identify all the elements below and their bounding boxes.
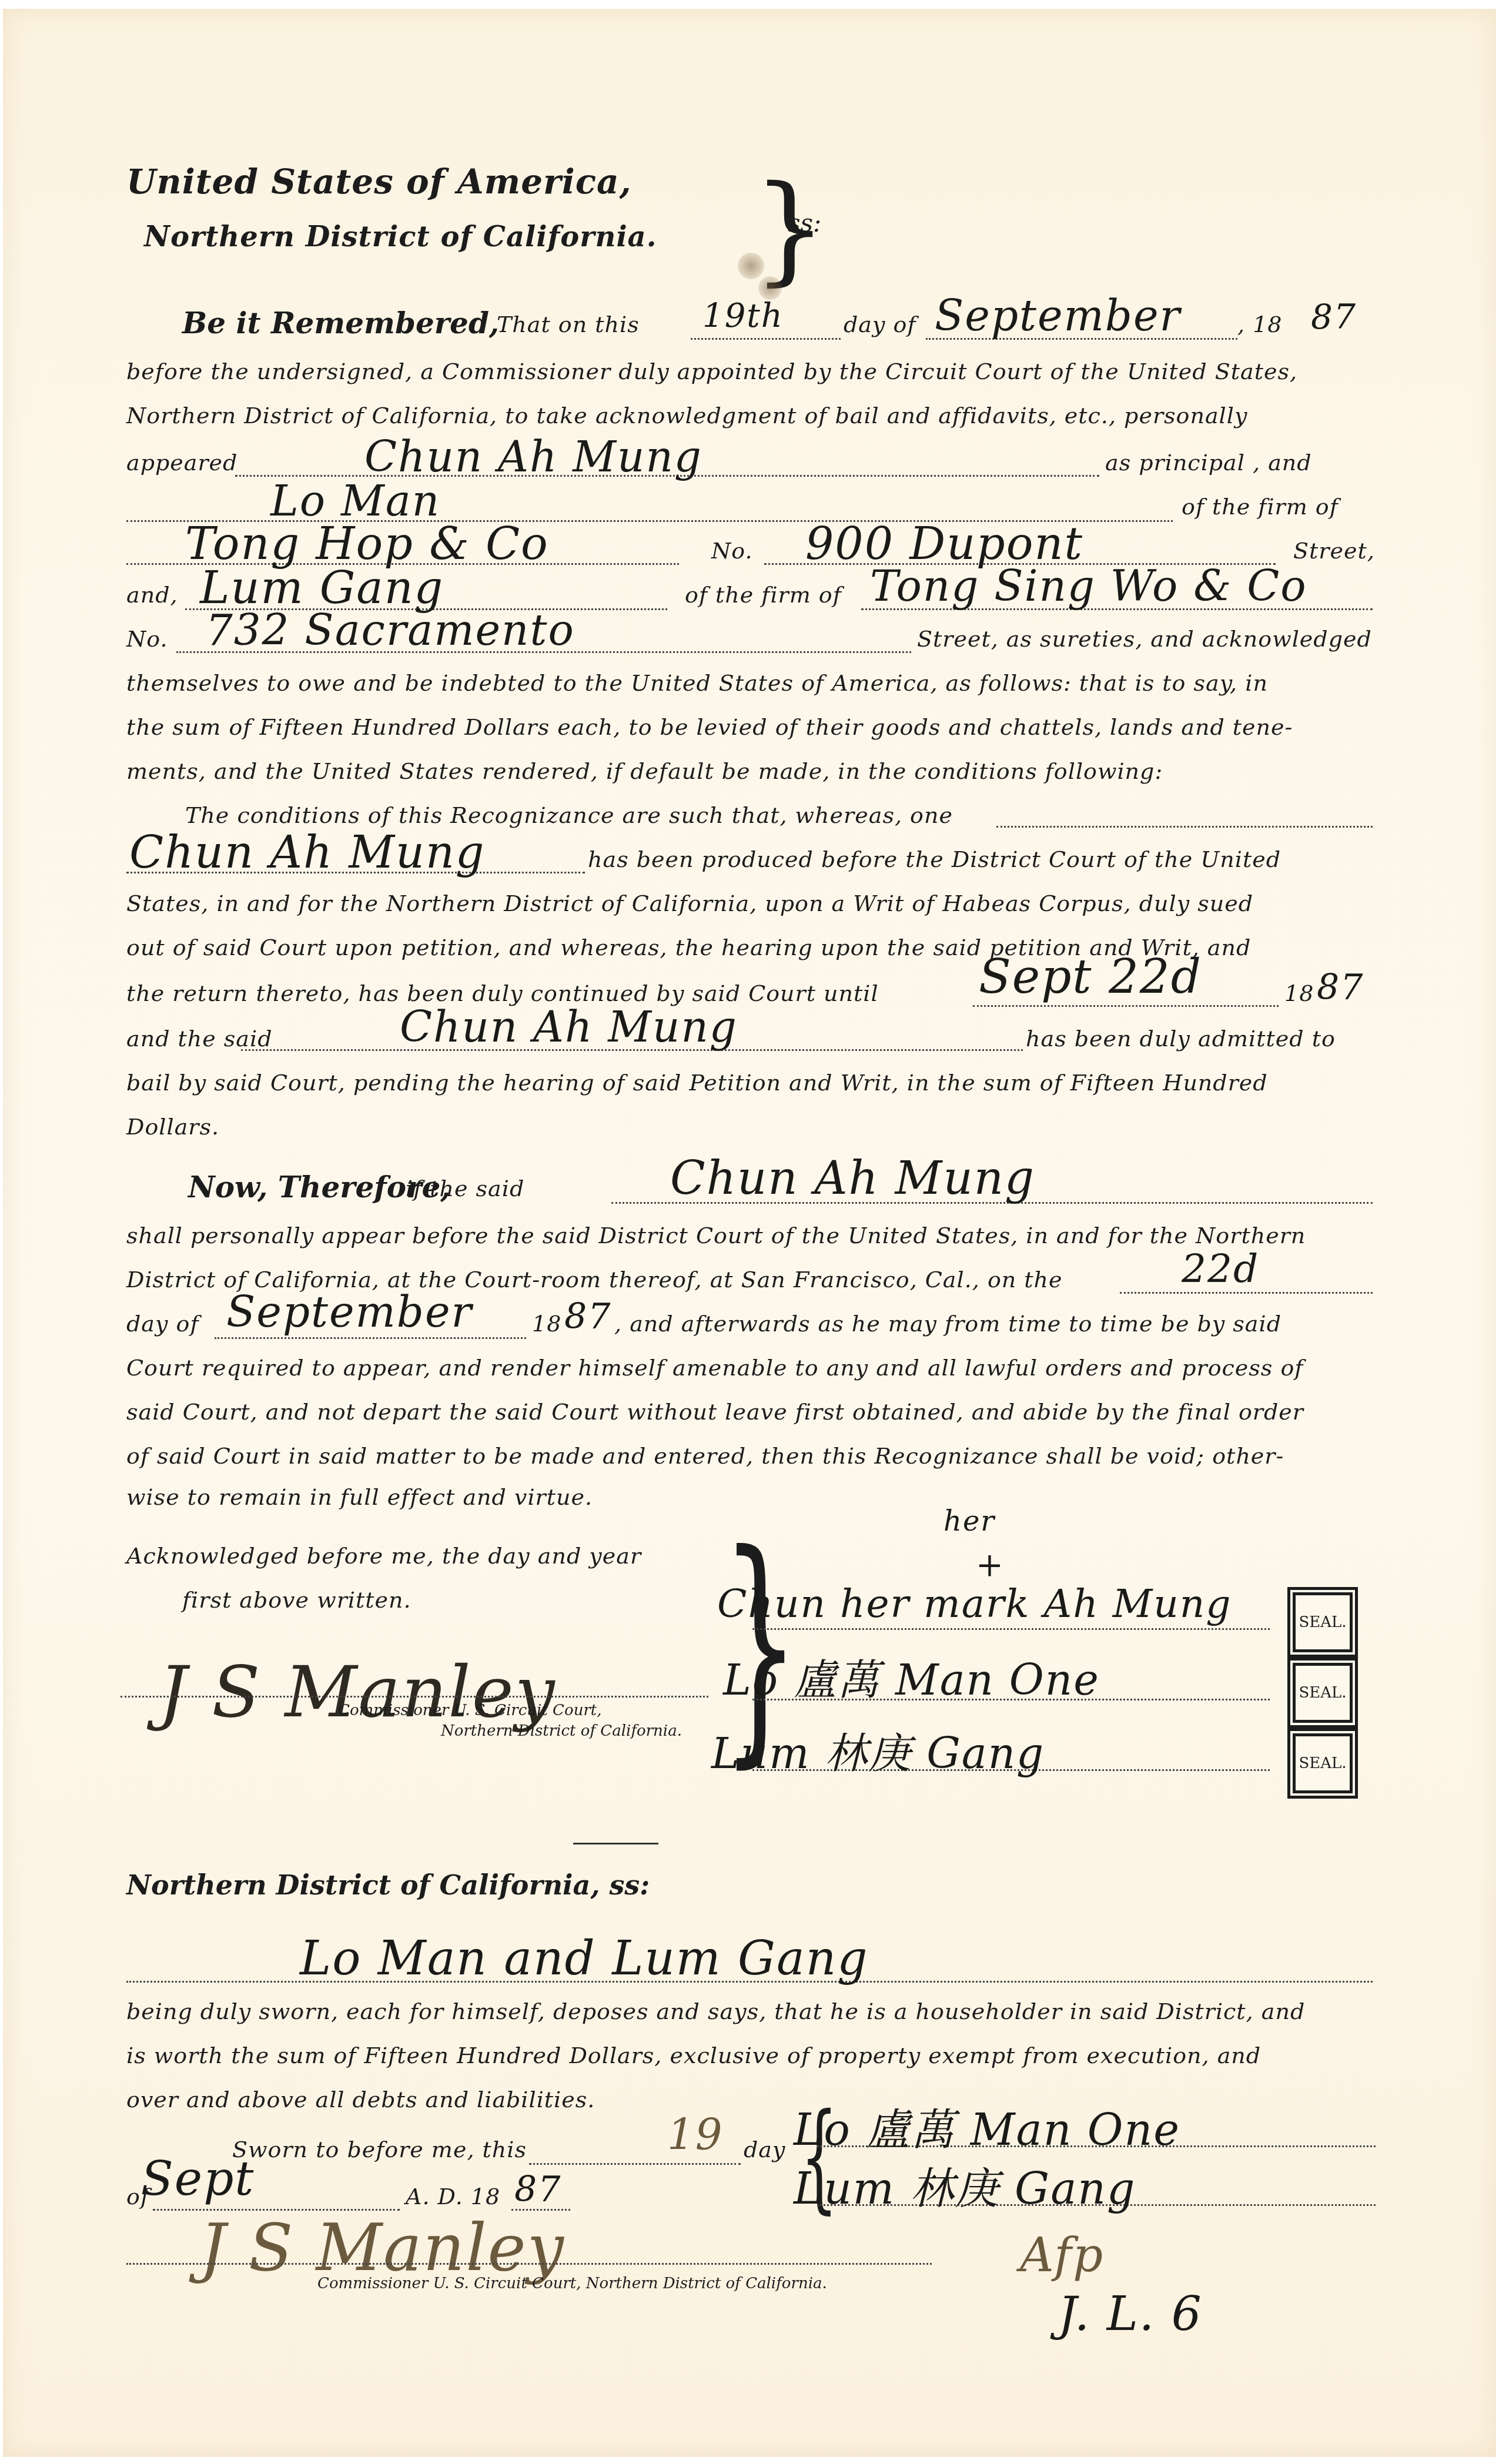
recognizance-line8: themselves to owe and be indebted to the… [126,670,1268,696]
conditions-line7: bail by said Court, pending the hearing … [126,1070,1268,1096]
day-of-label: day of [844,312,916,337]
sworn-lead: Sworn to before me, this [232,2137,527,2162]
continued-year-field[interactable]: 87 [1317,967,1364,1008]
appeared-label: appeared [126,450,237,476]
seal-box-3: SEAL. [1287,1728,1358,1799]
therefore-if-the-said: if the said [406,1176,524,1201]
conditions-line1: The conditions of this Recognizance are … [185,802,953,828]
sworn-ad-label: A. D. 18 [406,2184,500,2209]
sworn-day-line [529,2163,741,2165]
therefore-line5: Court required to appear, and render him… [126,1355,1303,1381]
notation-line1: Afp [1020,2228,1104,2282]
therefore-line8: wise to remain in full effect and virtue… [126,1484,593,1510]
therefore-line4-tail: , and afterwards as he may from time to … [614,1311,1281,1337]
appear-month-line [215,1337,526,1339]
header-line2: Northern District of California. [144,220,657,253]
conditions-line6-tail: has been duly admitted to [1026,1026,1336,1052]
affidavit-commissioner-title: Commissioner U. S. Circuit Court, Northe… [317,2275,827,2292]
day-field-line [691,338,841,340]
appear-month-field[interactable]: September [226,1287,473,1337]
affidavit-heading: Northern District of California, ss: [126,1869,650,1901]
no-label: No. [711,538,753,564]
affidavit-commissioner-line [126,2263,932,2265]
sureties-tail: Street, as sureties, and acknowledged [917,626,1372,652]
seal-box-2: SEAL. [1287,1658,1358,1728]
intro-that: That on this [497,312,640,337]
surety2-address-field[interactable]: 732 Sacramento [206,605,575,655]
recognizance-line10: ments, and the United States rendered, i… [126,758,1163,784]
sworn-month-field[interactable]: Sept [141,2151,255,2206]
recognizance-line2: before the undersigned, a Commissioner d… [126,359,1297,384]
acknowledgment-line2: first above written. [182,1587,411,1613]
seal-label: SEAL. [1299,1684,1346,1702]
seal-box-1: SEAL. [1287,1587,1358,1658]
year-field[interactable]: 87 [1311,297,1357,337]
her-annotation: her [943,1505,995,1538]
seal-label: SEAL. [1299,1613,1346,1631]
surety2-firm-field[interactable]: Tong Sing Wo & Co [870,561,1307,611]
conditions-line1-dots [996,826,1373,828]
continued-date-line [973,1005,1279,1007]
conditions-name1-field[interactable]: Chun Ah Mung [129,826,486,878]
and-label: and, [126,582,178,608]
commissioner-title2: Northern District of California. [441,1722,682,1740]
therefore-name-field[interactable]: Chun Ah Mung [670,1152,1035,1205]
therefore-line6: said Court, and not depart the said Cour… [126,1399,1304,1425]
signature-line-1 [752,1628,1270,1630]
continued-date-field[interactable]: Sept 22d [979,949,1202,1004]
conditions-line8: Dollars. [126,1114,219,1140]
as-principal-label: as principal , and [1105,450,1312,476]
section-divider [573,1843,658,1844]
surety2-no-label: No. [126,626,168,652]
header-line1: United States of America, [126,162,632,202]
signature-chun-ah-mung[interactable]: Chun her mark Ah Mung [717,1581,1232,1626]
affidavit-commissioner-signature[interactable]: J S Manley [200,2210,565,2285]
therefore-line7: of said Court in said matter to be made … [126,1443,1284,1469]
appear-year-field[interactable]: 87 [564,1296,611,1337]
recognizance-line9: the sum of Fifteen Hundred Dollars each,… [126,714,1293,740]
conditions-name2-field[interactable]: Chun Ah Mung [400,1002,738,1052]
appear-year-prefix: 18 [532,1311,561,1337]
deponents-field[interactable]: Lo Man and Lum Gang [300,1931,868,1986]
mark-cross: + [976,1546,1005,1584]
therefore-line2: shall personally appear before the said … [126,1223,1306,1248]
affidavit-line1: being duly sworn, each for himself, depo… [126,1998,1305,2024]
affidavit-signature-lum-gang[interactable]: Lum 林庚 Gang [794,2154,1136,2217]
principal-name-field[interactable]: Chun Ah Mung [364,432,702,481]
intro-lead: Be it Remembered, [182,306,499,340]
conditions-line3: States, in and for the Northern District… [126,890,1253,916]
notation-line2: J. L. 6 [1058,2286,1203,2341]
commissioner-title1: Commissioner U. S. Circuit Court, [338,1702,602,1719]
commissioner-signature-line [121,1696,708,1698]
month-field[interactable]: September [935,291,1181,340]
sworn-day-field[interactable]: 19 [667,2110,724,2160]
signature-lum-gang[interactable]: Lum 林庚 Gang [711,1719,1045,1780]
signature-lo-man[interactable]: Lo 盧萬 Man One [723,1646,1100,1707]
appear-day-field[interactable]: 22d [1182,1246,1259,1291]
year-prefix: , 18 [1237,312,1283,337]
conditions-line2-tail: has been produced before the District Co… [588,846,1281,872]
street-label: Street, [1293,538,1375,564]
acknowledgment-line1: Acknowledged before me, the day and year [126,1543,641,1569]
day-field[interactable]: 19th [702,297,784,335]
surety2-firm-label: of the firm of [685,582,842,608]
sworn-day-label: day [744,2137,785,2162]
conditions-line6-lead: and the said [126,1026,272,1052]
therefore-day-of: day of [126,1311,199,1337]
header-ss: ss: [788,209,821,237]
continued-year-prefix: 18 [1284,980,1314,1006]
affidavit-signature-lo-man[interactable]: Lo 盧萬 Man One [794,2095,1180,2158]
affidavit-line2: is worth the sum of Fifteen Hundred Doll… [126,2043,1261,2068]
ink-stain [758,276,782,300]
recognizance-line3: Northern District of California, to take… [126,403,1247,428]
appear-day-line [1120,1292,1373,1294]
commissioner-signature[interactable]: J S Manley [159,1652,556,1733]
sworn-year-field[interactable]: 87 [514,2169,561,2210]
affidavit-line3: over and above all debts and liabilities… [126,2087,595,2113]
of-the-firm-of-label: of the firm of [1182,494,1339,520]
ink-stain [738,253,764,279]
seal-label: SEAL. [1299,1755,1346,1772]
